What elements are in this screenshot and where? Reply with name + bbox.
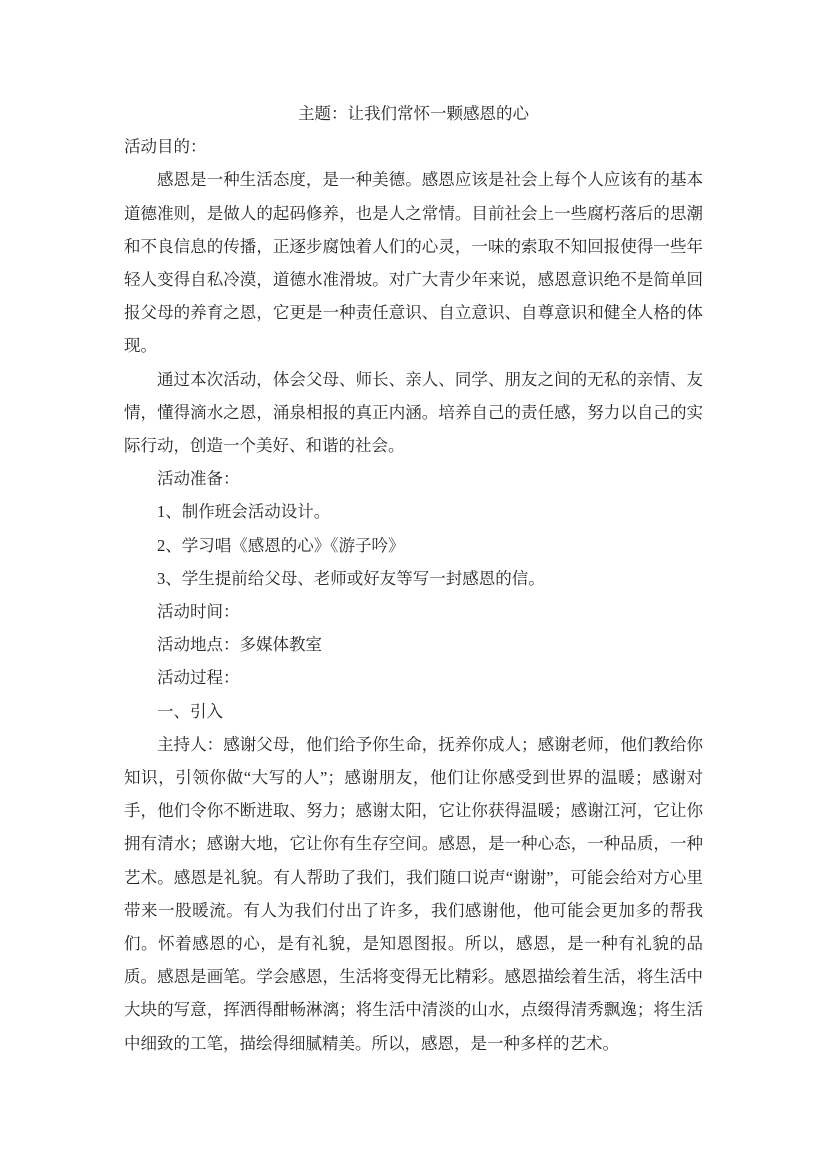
section-label-activity-preparation: 活动准备： (124, 462, 703, 495)
document-page: 主题：让我们常怀一颗感恩的心 活动目的： 感恩是一种生活态度，是一种美德。感恩应… (0, 0, 827, 1169)
section-label-activity-process: 活动过程： (124, 661, 703, 694)
section-label-activity-purpose: 活动目的： (124, 130, 703, 163)
preparation-item-2: 2、学习唱《感恩的心》《游子吟》 (124, 529, 703, 562)
purpose-paragraph-2: 通过本次活动，体会父母、师长、亲人、同学、朋友之间的无私的亲情、友情，懂得滴水之… (124, 363, 703, 463)
document-title: 主题：让我们常怀一颗感恩的心 (124, 97, 703, 130)
host-paragraph: 主持人：感谢父母，他们给予你生命，抚养你成人；感谢老师，他们教给你知识，引领你做… (124, 728, 703, 1060)
preparation-item-3: 3、学生提前给父母、老师或好友等写一封感恩的信。 (124, 562, 703, 595)
step-heading-introduction: 一、引入 (124, 695, 703, 728)
section-label-activity-place: 活动地点：多媒体教室 (124, 628, 703, 661)
purpose-paragraph-1: 感恩是一种生活态度，是一种美德。感恩应该是社会上每个人应该有的基本道德准则，是做… (124, 163, 703, 362)
section-label-activity-time: 活动时间： (124, 595, 703, 628)
preparation-item-1: 1、制作班会活动设计。 (124, 495, 703, 528)
